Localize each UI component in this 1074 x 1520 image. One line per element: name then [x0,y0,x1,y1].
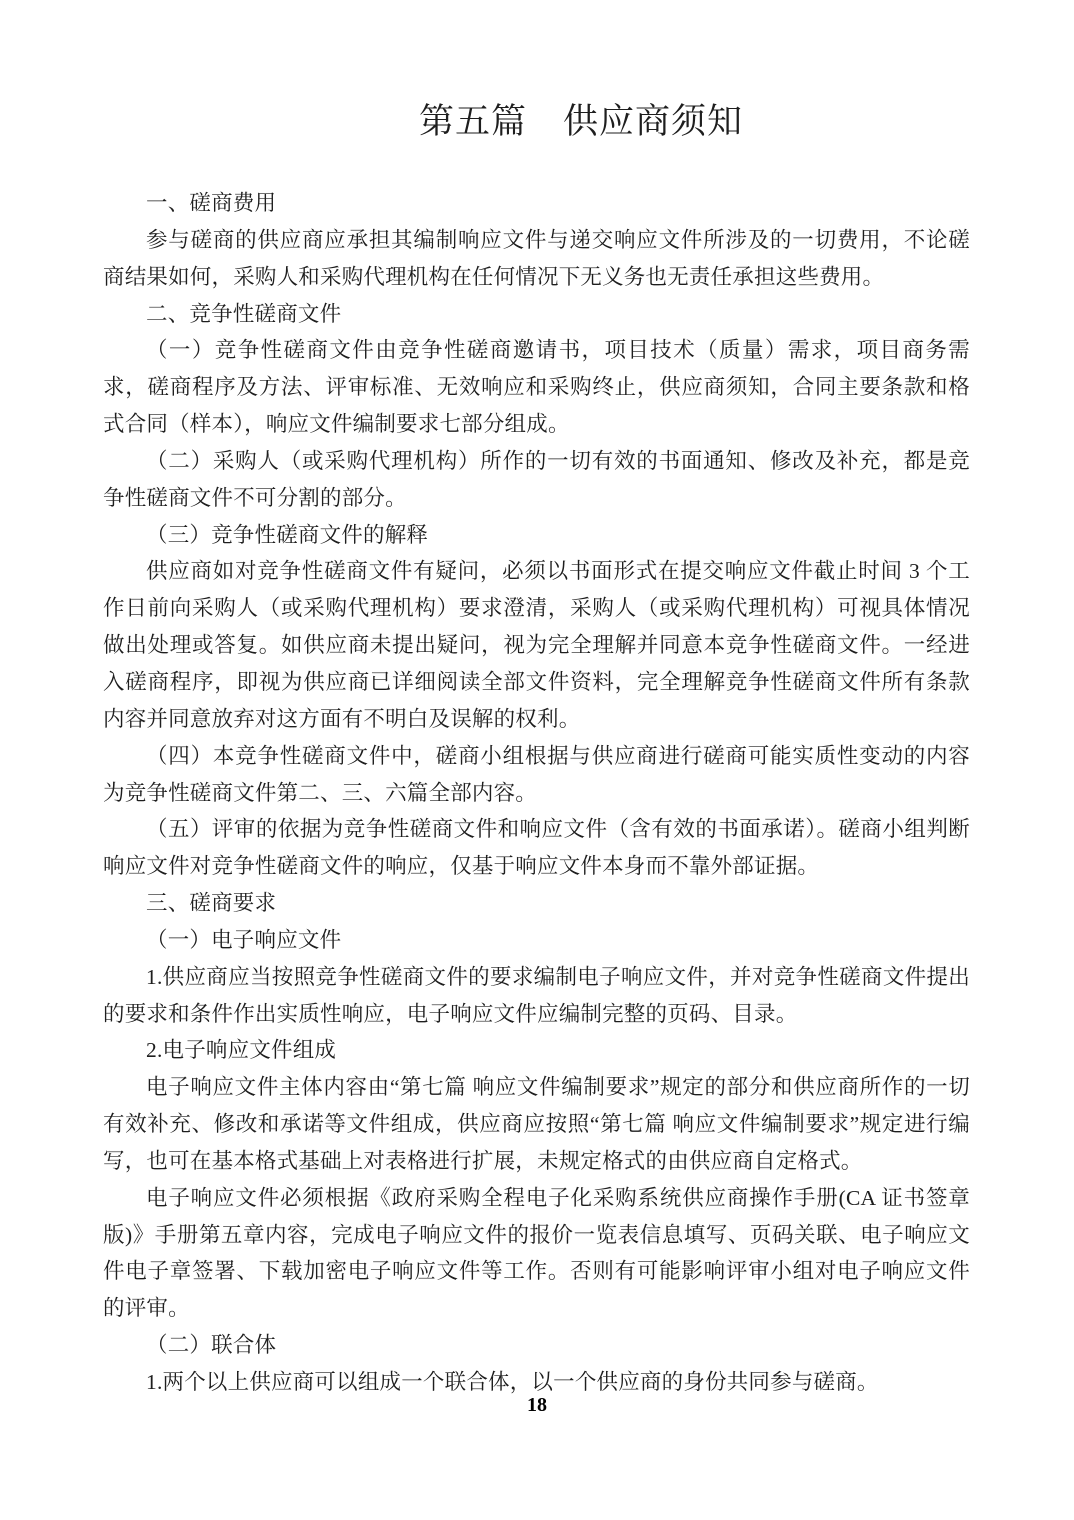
doc-paragraph: 1.供应商应当按照竞争性磋商文件的要求编制电子响应文件，并对竞争性磋商文件提出的… [103,959,970,1033]
item-heading-document-interpretation: （三）竞争性磋商文件的解释 [103,517,970,554]
doc-paragraph: 电子响应文件主体内容由“第七篇 响应文件编制要求”规定的部分和供应商所作的一切有… [103,1069,970,1180]
doc-paragraph: 电子响应文件必须根据《政府采购全程电子化采购系统供应商操作手册(CA 证书签章版… [103,1180,970,1327]
section-heading-consultation-fee: 一、磋商费用 [103,185,970,222]
document-title: 第五篇 供应商须知 [44,94,1074,144]
doc-paragraph: （五）评审的依据为竞争性磋商文件和响应文件（含有效的书面承诺）。磋商小组判断响应… [103,811,970,885]
item-heading-consortium: （二）联合体 [103,1327,970,1364]
page-footer: 18 [0,1394,1074,1417]
doc-paragraph: 供应商如对竞争性磋商文件有疑问，必须以书面形式在提交响应文件截止时间 3 个工作… [103,553,970,737]
doc-paragraph: （二）采购人（或采购代理机构）所作的一切有效的书面通知、修改及补充，都是竞争性磋… [103,443,970,517]
document-page: 第五篇 供应商须知 一、磋商费用 参与磋商的供应商应承担其编制响应文件与递交响应… [0,0,1074,1520]
doc-paragraph: （一）竞争性磋商文件由竞争性磋商邀请书，项目技术（质量）需求，项目商务需求，磋商… [103,332,970,443]
section-heading-consultation-requirements: 三、磋商要求 [103,885,970,922]
doc-paragraph: 参与磋商的供应商应承担其编制响应文件与递交响应文件所涉及的一切费用，不论磋商结果… [103,222,970,296]
document-body: 一、磋商费用 参与磋商的供应商应承担其编制响应文件与递交响应文件所涉及的一切费用… [103,185,970,1401]
item-heading-electronic-response: （一）电子响应文件 [103,922,970,959]
section-heading-consultation-documents: 二、竞争性磋商文件 [103,296,970,333]
item-heading-response-composition: 2.电子响应文件组成 [103,1032,970,1069]
doc-paragraph: （四）本竞争性磋商文件中，磋商小组根据与供应商进行磋商可能实质性变动的内容为竞争… [103,738,970,812]
page-number: 18 [527,1394,547,1416]
